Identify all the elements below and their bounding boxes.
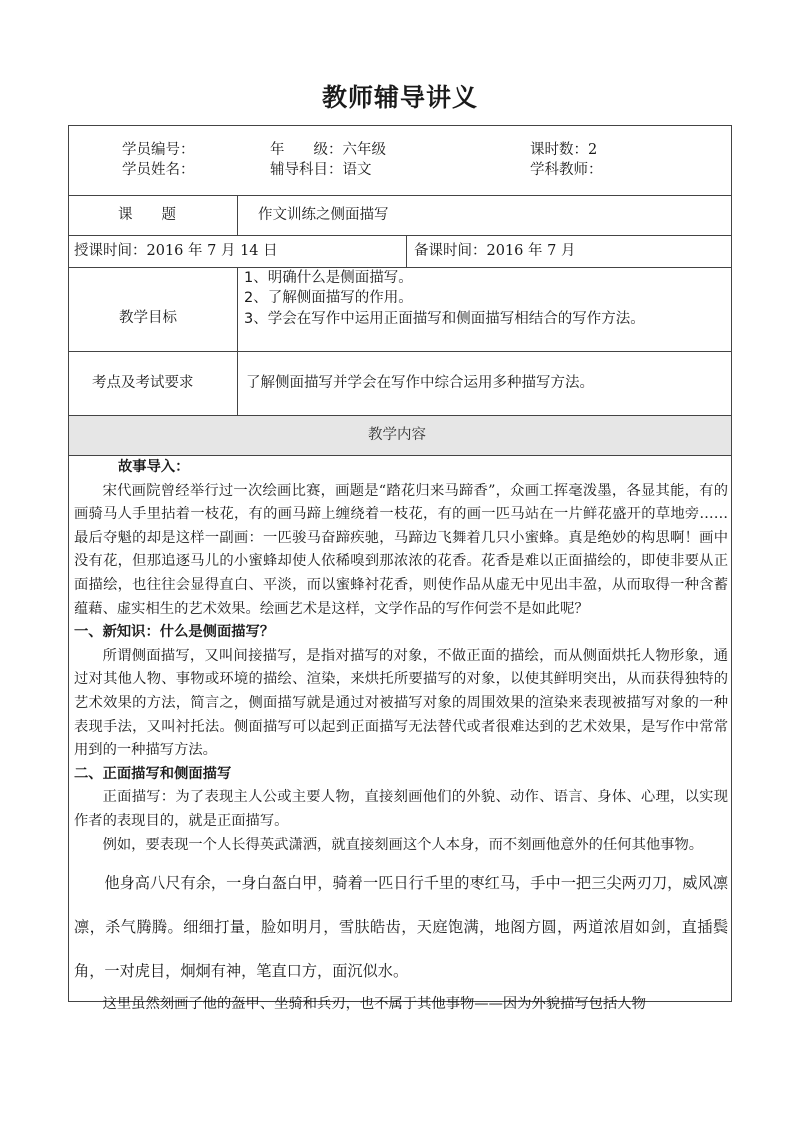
intro-text: 宋代画院曾经举行过一次绘画比赛，画题是“踏花归来马蹄香”，众画工挥毫泼墨，各显其… <box>74 480 728 622</box>
row-divider <box>68 351 732 352</box>
student-name-label: 学员姓名： <box>122 160 195 180</box>
section2-paragraph: 例如，要表现一个人长得英武潇洒，就直接刻画这个人本身，而不刻画他意外的任何其他事… <box>74 834 728 858</box>
objective-item: 2、了解侧面描写的作用。 <box>244 288 413 308</box>
topic-value: 作文训练之侧面描写 <box>258 205 389 225</box>
section2-paragraph: 正面描写：为了表现主人公或主要人物，直接刻画他们的外貌、动作、语言、身体、心理，… <box>74 786 728 833</box>
row-divider <box>68 415 732 416</box>
col-divider <box>406 235 407 267</box>
exam-label: 考点及考试要求 <box>92 373 194 393</box>
prep-time: 备课时间：2016 年 7 月 <box>414 241 575 261</box>
col-divider <box>237 195 238 235</box>
content-header: 教学内容 <box>368 425 426 445</box>
teach-time: 授课时间：2016 年 7 月 14 日 <box>74 241 278 261</box>
document-title: 教师辅导讲义 <box>0 78 800 114</box>
student-id-label: 学员编号： <box>122 140 195 160</box>
topic-label: 课 题 <box>118 205 176 225</box>
row-divider <box>68 195 732 196</box>
section1-heading: 一、新知识：什么是侧面描写？ <box>74 621 728 645</box>
lesson-content: 故事导入： 宋代画院曾经举行过一次绘画比赛，画题是“踏花归来马蹄香”，众画工挥毫… <box>74 456 728 1017</box>
grade-label: 年 级：六年级 <box>270 140 386 160</box>
teacher-label: 学科教师： <box>530 160 603 180</box>
row-divider <box>68 235 732 236</box>
exam-value: 了解侧面描写并学会在写作中综合运用多种描写方法。 <box>246 373 594 393</box>
intro-heading: 故事导入： <box>74 456 728 480</box>
example-passage: 他身高八尺有余，一身白盔白甲，骑着一匹日行千里的枣红马，手中一把三尖两刃刀，威风… <box>74 861 728 993</box>
subject-label: 辅导科目：语文 <box>270 160 372 180</box>
objectives-label: 教学目标 <box>119 308 177 328</box>
objective-item: 1、明确什么是侧面描写。 <box>244 268 413 288</box>
col-divider <box>237 267 238 415</box>
section2-heading: 二、正面描写和侧面描写 <box>74 763 728 787</box>
hours-label: 课时数：2 <box>530 140 597 160</box>
objective-item: 3、学会在写作中运用正面描写和侧面描写相结合的写作方法。 <box>244 309 645 329</box>
section2-paragraph: 这里虽然刻画了他的盔甲、坐骑和兵刃，也不属于其他事物——因为外貌描写包括人物 <box>74 993 728 1017</box>
section1-text: 所谓侧面描写，又叫间接描写，是指对描写的对象，不做正面的描绘，而从侧面烘托人物形… <box>74 645 728 763</box>
